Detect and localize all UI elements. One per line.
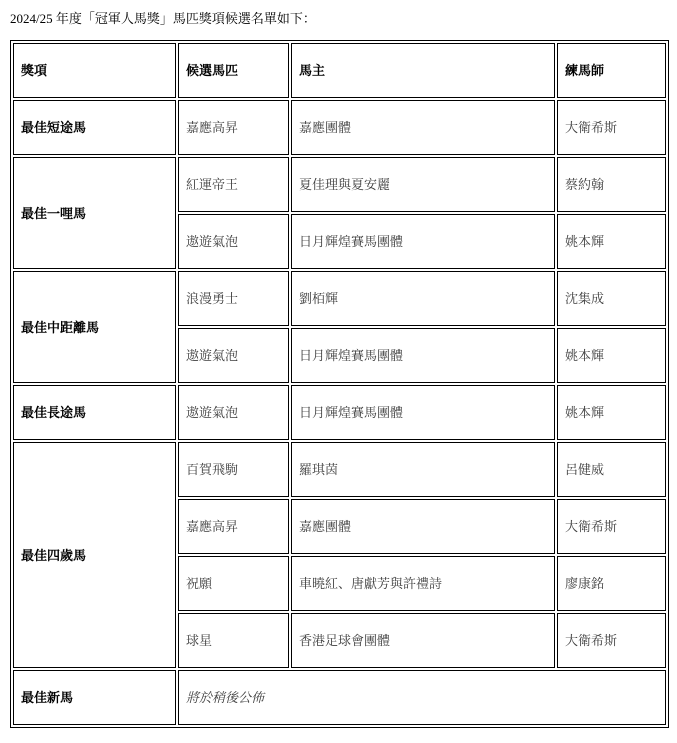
table-row: 最佳短途馬 嘉應高昇 嘉應團體 大衛希斯 — [13, 100, 666, 155]
owner-cell: 羅琪茵 — [291, 442, 555, 497]
column-header-award: 獎項 — [13, 43, 176, 98]
intro-text: 2024/25 年度「冠軍人馬獎」馬匹獎項候選名單如下： — [0, 0, 677, 27]
trainer-cell: 大衛希斯 — [557, 100, 666, 155]
owner-cell: 車曉紅、唐獻芳與許禮詩 — [291, 556, 555, 611]
owner-cell: 香港足球會團體 — [291, 613, 555, 668]
award-cell: 最佳一哩馬 — [13, 157, 176, 269]
trainer-cell: 姚本輝 — [557, 385, 666, 440]
table-row: 最佳新馬 將於稍後公佈 — [13, 670, 666, 725]
award-cell: 最佳短途馬 — [13, 100, 176, 155]
trainer-cell: 姚本輝 — [557, 214, 666, 269]
trainer-cell: 大衛希斯 — [557, 613, 666, 668]
horse-cell: 遨遊氣泡 — [178, 385, 289, 440]
table-row: 最佳四歲馬 百賀飛駒 羅琪茵 呂健威 — [13, 442, 666, 497]
owner-cell: 日月輝煌賽馬團體 — [291, 328, 555, 383]
trainer-cell: 大衛希斯 — [557, 499, 666, 554]
table-row: 最佳一哩馬 紅運帝王 夏佳理與夏安麗 蔡約翰 — [13, 157, 666, 212]
owner-cell: 嘉應團體 — [291, 100, 555, 155]
award-cell: 最佳中距離馬 — [13, 271, 176, 383]
trainer-cell: 呂健威 — [557, 442, 666, 497]
owner-cell: 日月輝煌賽馬團體 — [291, 214, 555, 269]
owner-cell: 日月輝煌賽馬團體 — [291, 385, 555, 440]
owner-cell: 嘉應團體 — [291, 499, 555, 554]
award-cell: 最佳新馬 — [13, 670, 176, 725]
announcement-cell: 將於稍後公佈 — [178, 670, 666, 725]
horse-cell: 祝願 — [178, 556, 289, 611]
horse-cell: 球星 — [178, 613, 289, 668]
horse-cell: 浪漫勇士 — [178, 271, 289, 326]
horse-cell: 紅運帝王 — [178, 157, 289, 212]
trainer-cell: 廖康銘 — [557, 556, 666, 611]
column-header-owner: 馬主 — [291, 43, 555, 98]
column-header-horse: 候選馬匹 — [178, 43, 289, 98]
table-row: 最佳長途馬 遨遊氣泡 日月輝煌賽馬團體 姚本輝 — [13, 385, 666, 440]
table-row: 最佳中距離馬 浪漫勇士 劉栢輝 沈集成 — [13, 271, 666, 326]
table-header-row: 獎項 候選馬匹 馬主 練馬師 — [13, 43, 666, 98]
owner-cell: 劉栢輝 — [291, 271, 555, 326]
owner-cell: 夏佳理與夏安麗 — [291, 157, 555, 212]
horse-cell: 遨遊氣泡 — [178, 214, 289, 269]
trainer-cell: 蔡約翰 — [557, 157, 666, 212]
horse-cell: 遨遊氣泡 — [178, 328, 289, 383]
award-cell: 最佳長途馬 — [13, 385, 176, 440]
page: 2024/25 年度「冠軍人馬獎」馬匹獎項候選名單如下： 獎項 候選馬匹 馬主 … — [0, 0, 677, 743]
column-header-trainer: 練馬師 — [557, 43, 666, 98]
horse-cell: 百賀飛駒 — [178, 442, 289, 497]
trainer-cell: 姚本輝 — [557, 328, 666, 383]
awards-table: 獎項 候選馬匹 馬主 練馬師 最佳短途馬 嘉應高昇 嘉應團體 大衛希斯 最佳一哩… — [10, 40, 669, 728]
horse-cell: 嘉應高昇 — [178, 100, 289, 155]
award-cell: 最佳四歲馬 — [13, 442, 176, 668]
trainer-cell: 沈集成 — [557, 271, 666, 326]
horse-cell: 嘉應高昇 — [178, 499, 289, 554]
